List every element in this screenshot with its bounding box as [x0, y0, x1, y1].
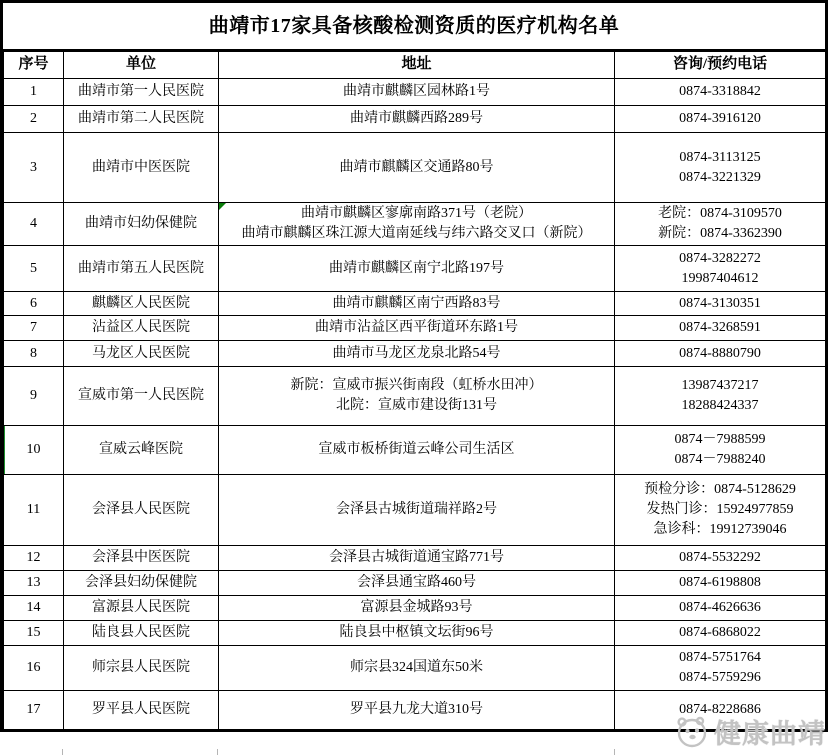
cell-serial-number: 5 — [4, 246, 64, 292]
cell-address: 师宗县324国道东50米 — [219, 646, 615, 691]
cell-unit: 麒麟区人民医院 — [64, 292, 219, 316]
table-row: 13会泽县妇幼保健院会泽县通宝路460号0874-6198808 — [4, 571, 826, 596]
cell-unit: 陆良县人民医院 — [64, 621, 219, 646]
cell-unit: 曲靖市中医医院 — [64, 133, 219, 203]
cell-phone: 0874-3282272 19987404612 — [615, 246, 826, 292]
header-unit: 单位 — [64, 52, 219, 79]
cell-unit: 宣威云峰医院 — [64, 426, 219, 475]
cell-phone: 0874-3113125 0874-3221329 — [615, 133, 826, 203]
table-row: 9宣威市第一人民医院新院：宣威市振兴街南段（虹桥水田冲） 北院：宣威市建设街13… — [4, 367, 826, 426]
cell-address: 曲靖市麒麟区南宁北路197号 — [219, 246, 615, 292]
cell-phone: 0874-8228686 — [615, 691, 826, 730]
table-row: 2曲靖市第二人民医院曲靖市麒麟西路289号0874-3916120 — [4, 106, 826, 133]
cell-phone: 0874-6868022 — [615, 621, 826, 646]
header-phone: 咨询/预约电话 — [615, 52, 826, 79]
cell-unit: 会泽县中医医院 — [64, 546, 219, 571]
table-row: 16师宗县人民医院师宗县324国道东50米0874-5751764 0874-5… — [4, 646, 826, 691]
header-serial-number: 序号 — [4, 52, 64, 79]
cell-address: 曲靖市沾益区西平街道环东路1号 — [219, 316, 615, 341]
cell-address: 罗平县九龙大道310号 — [219, 691, 615, 730]
table-row: 17罗平县人民医院罗平县九龙大道310号0874-8228686 — [4, 691, 826, 730]
cell-phone: 0874-6198808 — [615, 571, 826, 596]
cell-unit: 曲靖市妇幼保健院 — [64, 203, 219, 246]
cell-unit: 会泽县妇幼保健院 — [64, 571, 219, 596]
table-row: 3曲靖市中医医院曲靖市麒麟区交通路80号0874-3113125 0874-32… — [4, 133, 826, 203]
cell-unit: 师宗县人民医院 — [64, 646, 219, 691]
cell-address: 富源县金城路93号 — [219, 596, 615, 621]
cell-address: 曲靖市麒麟区南宁西路83号 — [219, 292, 615, 316]
cell-unit: 宣威市第一人民医院 — [64, 367, 219, 426]
cell-phone: 预检分诊：0874-5128629 发热门诊：15924977859 急诊科：1… — [615, 475, 826, 546]
cell-phone: 0874-3916120 — [615, 106, 826, 133]
cell-phone: 0874-5751764 0874-5759296 — [615, 646, 826, 691]
cell-serial-number: 7 — [4, 316, 64, 341]
cell-serial-number: 15 — [4, 621, 64, 646]
table-row: 4曲靖市妇幼保健院曲靖市麒麟区寥廓南路371号（老院） 曲靖市麒麟区珠江源大道南… — [4, 203, 826, 246]
header-row: 序号 单位 地址 咨询/预约电话 — [4, 52, 826, 79]
hospital-table: 序号 单位 地址 咨询/预约电话 1曲靖市第一人民医院曲靖市麒麟区园林路1号08… — [3, 51, 826, 730]
cell-serial-number: 8 — [4, 341, 64, 367]
cell-serial-number: 3 — [4, 133, 64, 203]
cell-phone: 老院：0874-3109570 新院：0874-3362390 — [615, 203, 826, 246]
cell-serial-number: 2 — [4, 106, 64, 133]
cell-phone: 0874-5532292 — [615, 546, 826, 571]
cell-serial-number: 16 — [4, 646, 64, 691]
hospital-list-image: 曲靖市17家具备核酸检测资质的医疗机构名单 序号 单位 地址 咨询/预约电话 1… — [0, 0, 828, 755]
cell-unit: 会泽县人民医院 — [64, 475, 219, 546]
table-row: 10宣威云峰医院宣威市板桥街道云峰公司生活区0874－7988599 0874－… — [4, 426, 826, 475]
grid-line-continuation — [217, 749, 218, 755]
cell-unit: 罗平县人民医院 — [64, 691, 219, 730]
cell-phone: 0874-4626636 — [615, 596, 826, 621]
grid-line-continuation — [614, 749, 615, 755]
table-row: 15陆良县人民医院陆良县中枢镇文坛街96号0874-6868022 — [4, 621, 826, 646]
cell-address: 曲靖市马龙区龙泉北路54号 — [219, 341, 615, 367]
table-row: 1曲靖市第一人民医院曲靖市麒麟区园林路1号0874-3318842 — [4, 79, 826, 106]
cell-phone: 0874-3130351 — [615, 292, 826, 316]
cell-serial-number: 13 — [4, 571, 64, 596]
cell-serial-number: 4 — [4, 203, 64, 246]
cell-address: 新院：宣威市振兴街南段（虹桥水田冲） 北院：宣威市建设街131号 — [219, 367, 615, 426]
cell-phone: 0874-3318842 — [615, 79, 826, 106]
table-row: 12会泽县中医医院会泽县古城街道通宝路771号0874-5532292 — [4, 546, 826, 571]
grid-line-continuation — [62, 749, 63, 755]
cell-address: 曲靖市麒麟区园林路1号 — [219, 79, 615, 106]
cell-unit: 曲靖市第五人民医院 — [64, 246, 219, 292]
cell-unit: 沾益区人民医院 — [64, 316, 219, 341]
cell-serial-number: 17 — [4, 691, 64, 730]
cell-serial-number: 1 — [4, 79, 64, 106]
hospital-table-wrapper: 曲靖市17家具备核酸检测资质的医疗机构名单 序号 单位 地址 咨询/预约电话 1… — [0, 0, 828, 732]
cell-phone: 0874-3268591 — [615, 316, 826, 341]
cell-serial-number: 9 — [4, 367, 64, 426]
cell-serial-number: 10 — [4, 426, 64, 475]
table-row: 8马龙区人民医院曲靖市马龙区龙泉北路54号0874-8880790 — [4, 341, 826, 367]
table-row: 5曲靖市第五人民医院曲靖市麒麟区南宁北路197号0874-3282272 199… — [4, 246, 826, 292]
cell-address: 曲靖市麒麟西路289号 — [219, 106, 615, 133]
table-row: 14富源县人民医院富源县金城路93号0874-4626636 — [4, 596, 826, 621]
cell-unit: 曲靖市第一人民医院 — [64, 79, 219, 106]
cell-address: 曲靖市麒麟区交通路80号 — [219, 133, 615, 203]
cell-address: 宣威市板桥街道云峰公司生活区 — [219, 426, 615, 475]
cell-unit: 曲靖市第二人民医院 — [64, 106, 219, 133]
cell-unit: 马龙区人民医院 — [64, 341, 219, 367]
table-row: 7沾益区人民医院曲靖市沾益区西平街道环东路1号0874-3268591 — [4, 316, 826, 341]
cell-address: 会泽县通宝路460号 — [219, 571, 615, 596]
cell-serial-number: 6 — [4, 292, 64, 316]
cell-serial-number: 11 — [4, 475, 64, 546]
cell-unit: 富源县人民医院 — [64, 596, 219, 621]
table-row: 11会泽县人民医院会泽县古城街道瑞祥路2号预检分诊：0874-5128629 发… — [4, 475, 826, 546]
cell-serial-number: 12 — [4, 546, 64, 571]
header-address: 地址 — [219, 52, 615, 79]
cell-phone: 0874-8880790 — [615, 341, 826, 367]
cell-phone: 0874－7988599 0874－7988240 — [615, 426, 826, 475]
cell-address: 会泽县古城街道通宝路771号 — [219, 546, 615, 571]
cell-address: 会泽县古城街道瑞祥路2号 — [219, 475, 615, 546]
cell-address: 陆良县中枢镇文坛街96号 — [219, 621, 615, 646]
page-title: 曲靖市17家具备核酸检测资质的医疗机构名单 — [3, 3, 825, 51]
table-row: 6麒麟区人民医院曲靖市麒麟区南宁西路83号0874-3130351 — [4, 292, 826, 316]
cell-address: 曲靖市麒麟区寥廓南路371号（老院） 曲靖市麒麟区珠江源大道南延线与纬六路交叉口… — [219, 203, 615, 246]
cell-phone: 13987437217 18288424337 — [615, 367, 826, 426]
cell-serial-number: 14 — [4, 596, 64, 621]
